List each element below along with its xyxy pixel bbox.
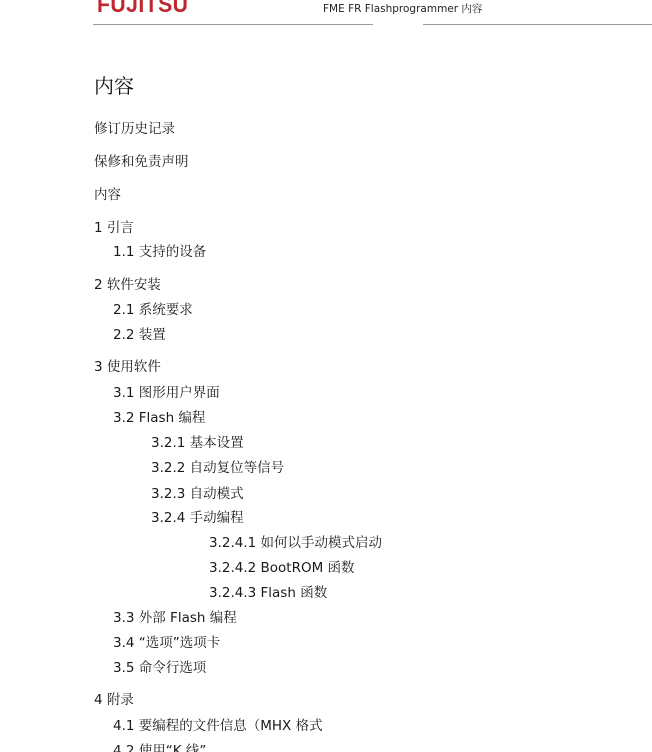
header-title: FME FR Flashprogrammer 内容: [323, 3, 483, 16]
toc-entry-2-2[interactable]: 2.2 装置: [113, 323, 166, 343]
toc-entry-3[interactable]: 3 使用软件: [94, 355, 161, 375]
toc-entry-1[interactable]: 1 引言: [94, 216, 134, 236]
header-rule-left: [93, 24, 373, 25]
toc-entry-3-3[interactable]: 3.3 外部 Flash 编程: [113, 606, 237, 626]
toc-entry-2[interactable]: 2 软件安装: [94, 273, 161, 293]
toc-entry-3-2-4[interactable]: 3.2.4 手动编程: [151, 506, 244, 526]
toc-entry-4[interactable]: 4 附录: [94, 688, 134, 708]
toc-entry-4-2[interactable]: 4.2 使用“K 线”: [113, 739, 206, 752]
toc-heading: 内容: [94, 70, 134, 99]
toc-entry-2-1[interactable]: 2.1 系统要求: [113, 298, 193, 318]
toc-entry-3-2-4-2[interactable]: 3.2.4.2 BootROM 函数: [209, 556, 355, 576]
toc-entry-3-2[interactable]: 3.2 Flash 编程: [113, 406, 205, 426]
toc-entry-3-2-1[interactable]: 3.2.1 基本设置: [151, 431, 244, 451]
toc-entry-4-1[interactable]: 4.1 要编程的文件信息（MHX 格式: [113, 714, 323, 734]
toc-entry-1-1[interactable]: 1.1 支持的设备: [113, 240, 206, 260]
page-header: FUJITSU FME FR Flashprogrammer 内容: [0, 0, 652, 40]
fujitsu-logo: FUJITSU: [97, 0, 188, 18]
toc-entry-3-2-2[interactable]: 3.2.2 自动复位等信号: [151, 456, 284, 476]
toc-entry-warranty-disclaimer[interactable]: 保修和免责声明: [94, 150, 189, 170]
header-rule-right: [423, 24, 652, 25]
toc-entry-3-4[interactable]: 3.4 “选项”选项卡: [113, 631, 220, 651]
toc-entry-3-5[interactable]: 3.5 命令行选项: [113, 656, 206, 676]
toc-entry-contents[interactable]: 内容: [94, 183, 121, 203]
toc-entry-revision-history[interactable]: 修订历史记录: [94, 117, 175, 137]
toc-entry-3-2-3[interactable]: 3.2.3 自动模式: [151, 482, 244, 502]
toc-entry-3-2-4-3[interactable]: 3.2.4.3 Flash 函数: [209, 581, 327, 601]
toc-entry-3-2-4-1[interactable]: 3.2.4.1 如何以手动模式启动: [209, 531, 382, 551]
toc-entry-3-1[interactable]: 3.1 图形用户界面: [113, 381, 220, 401]
